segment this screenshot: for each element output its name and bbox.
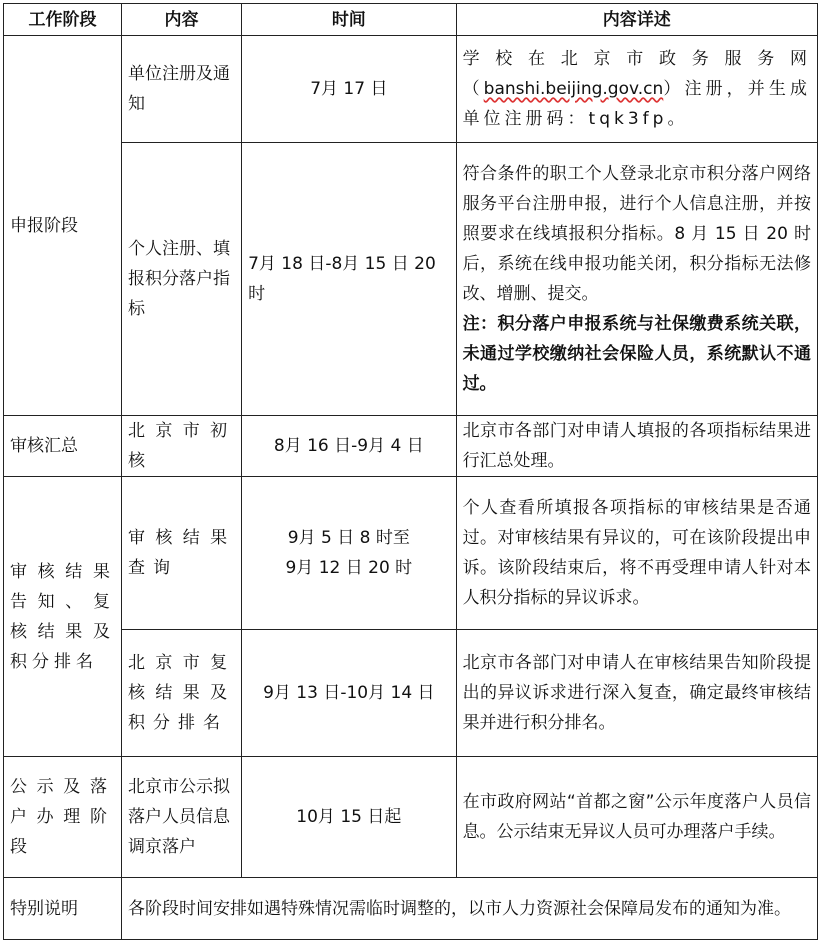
table-row: 审核结果告知、复核结果及积分排名 审核结果查询 9月 5 日 8 时至 9月 1… [4, 477, 818, 630]
content-cell: 北京市复核结果及积分排名 [121, 630, 241, 757]
content-cell: 审核结果查询 [121, 477, 241, 630]
detail-cell: 北京市各部门对申请人填报的各项指标结果进行汇总处理。 [456, 416, 817, 477]
table-row: 申报阶段 单位注册及通知 7月 17 日 学校在北京市政务服务网（banshi.… [4, 36, 818, 143]
stage-cell: 申报阶段 [4, 36, 122, 416]
detail-cell: 符合条件的职工个人登录北京市积分落户网络服务平台注册申报，进行个人信息注册，并按… [456, 143, 817, 416]
detail-note: 注：积分落户申报系统与社保缴费系统关联，未通过学校缴纳社会保险人员，系统默认不通… [463, 309, 811, 399]
header-detail: 内容详述 [456, 4, 817, 36]
time-cell: 9月 5 日 8 时至 9月 12 日 20 时 [242, 477, 456, 630]
table-row: 审核汇总 北京市初核 8月 16 日-9月 4 日 北京市各部门对申请人填报的各… [4, 416, 818, 477]
content-cell: 单位注册及通知 [121, 36, 241, 143]
table-row: 北京市复核结果及积分排名 9月 13 日-10月 14 日 北京市各部门对申请人… [4, 630, 818, 757]
header-stage: 工作阶段 [4, 4, 122, 36]
header-row: 工作阶段 内容 时间 内容详述 [4, 4, 818, 36]
time-line: 9月 5 日 8 时至 [248, 523, 449, 553]
schedule-table: 工作阶段 内容 时间 内容详述 申报阶段 单位注册及通知 7月 17 日 学校在… [3, 3, 818, 940]
table-row: 特别说明 各阶段时间安排如遇特殊情况需临时调整的，以市人力资源社会保障局发布的通… [4, 878, 818, 940]
detail-cell: 个人查看所填报各项指标的审核结果是否通过。对审核结果有异议的，可在该阶段提出申诉… [456, 477, 817, 630]
content-cell: 个人注册、填报积分落户指标 [121, 143, 241, 416]
time-cell: 9月 13 日-10月 14 日 [242, 630, 456, 757]
website-link[interactable]: banshi.beijing.gov.cn [484, 79, 664, 99]
special-label: 特别说明 [4, 878, 122, 940]
stage-cell: 公示及落户办理阶段 [4, 757, 122, 878]
table-row: 个人注册、填报积分落户指标 7月 18 日-8月 15 日 20 时 符合条件的… [4, 143, 818, 416]
time-cell: 8月 16 日-9月 4 日 [242, 416, 456, 477]
time-cell: 10月 15 日起 [242, 757, 456, 878]
detail-cell: 在市政府网站“首都之窗”公示年度落户人员信息。公示结束无异议人员可办理落户手续。 [456, 757, 817, 878]
header-content: 内容 [121, 4, 241, 36]
content-cell: 北京市初核 [121, 416, 241, 477]
stage-cell: 审核结果告知、复核结果及积分排名 [4, 477, 122, 757]
stage-cell: 审核汇总 [4, 416, 122, 477]
time-cell: 7月 18 日-8月 15 日 20 时 [242, 143, 456, 416]
time-line: 9月 12 日 20 时 [248, 553, 449, 583]
header-time: 时间 [242, 4, 456, 36]
special-text: 各阶段时间安排如遇特殊情况需临时调整的，以市人力资源社会保障局发布的通知为准。 [121, 878, 817, 940]
detail-cell: 北京市各部门对申请人在审核结果告知阶段提出的异议诉求进行深入复查，确定最终审核结… [456, 630, 817, 757]
content-cell: 北京市公示拟落户人员信息调京落户 [121, 757, 241, 878]
detail-cell: 学校在北京市政务服务网（banshi.beijing.gov.cn）注册，并生成… [456, 36, 817, 143]
time-cell: 7月 17 日 [242, 36, 456, 143]
detail-text: 符合条件的职工个人登录北京市积分落户网络服务平台注册申报，进行个人信息注册，并按… [463, 159, 811, 309]
table-row: 公示及落户办理阶段 北京市公示拟落户人员信息调京落户 10月 15 日起 在市政… [4, 757, 818, 878]
